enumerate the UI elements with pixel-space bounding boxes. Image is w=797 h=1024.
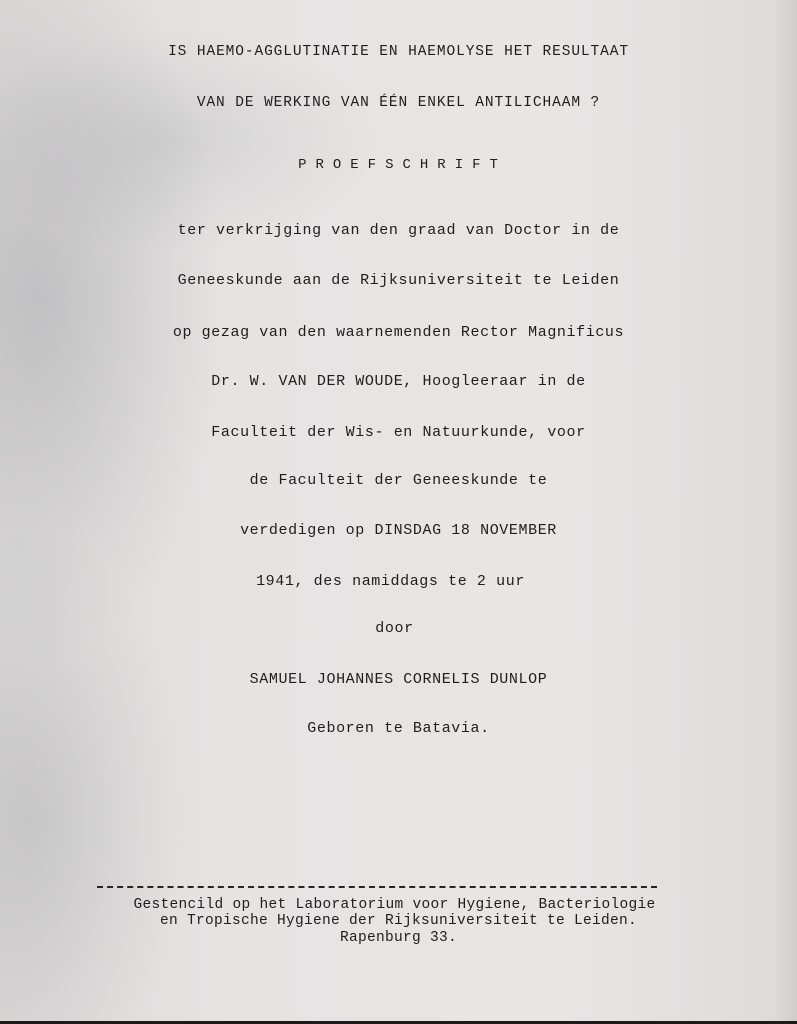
body-line-9: door	[0, 620, 793, 637]
footer-line-3: Rapenburg 33.	[0, 930, 797, 946]
body-line-1: ter verkrijging van den graad van Doctor…	[0, 222, 797, 239]
title-line-1: IS HAEMO-AGGLUTINATIE EN HAEMOLYSE HET R…	[0, 44, 797, 60]
body-line-6: de Faculteit der Geneeskunde te	[0, 472, 797, 489]
body-line-4: Dr. W. VAN DER WOUDE, Hoogleeraar in de	[0, 373, 797, 390]
body-line-8: 1941, des namiddags te 2 uur	[0, 573, 789, 590]
dashed-divider	[97, 886, 657, 888]
body-line-3: op gezag van den waarnemenden Rector Mag…	[0, 324, 797, 341]
heading-proefschrift: PROEFSCHRIFT	[4, 157, 797, 173]
title-line-2: VAN DE WERKING VAN ÉÉN ENKEL ANTILICHAAM…	[0, 95, 797, 111]
document-page: IS HAEMO-AGGLUTINATIE EN HAEMOLYSE HET R…	[0, 0, 797, 1024]
footer-line-2: en Tropische Hygiene der Rijksuniversite…	[0, 913, 797, 929]
author-name: SAMUEL JOHANNES CORNELIS DUNLOP	[0, 671, 797, 688]
birthplace-line: Geboren te Batavia.	[0, 720, 797, 737]
body-line-7: verdedigen op DINSDAG 18 NOVEMBER	[0, 522, 797, 539]
footer-line-1: Gestencild op het Laboratorium voor Hygi…	[0, 897, 793, 913]
body-line-5: Faculteit der Wis- en Natuurkunde, voor	[0, 424, 797, 441]
body-line-2: Geneeskunde aan de Rijksuniversiteit te …	[0, 272, 797, 289]
